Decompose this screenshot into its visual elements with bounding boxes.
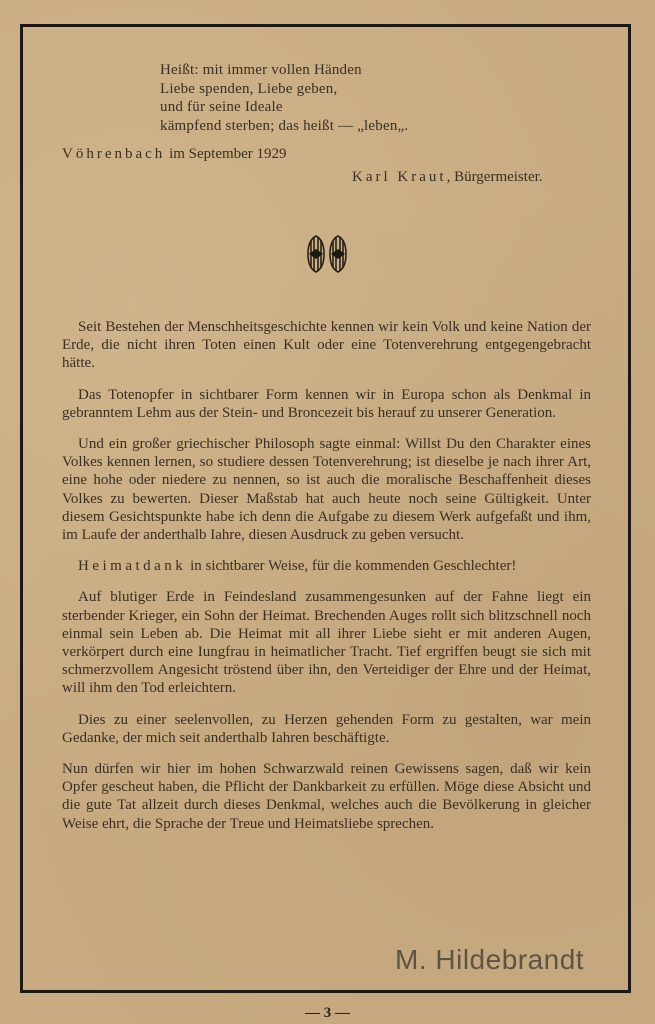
poem-line: kämpfend sterben; das heißt — „leben„. — [160, 117, 408, 136]
dateline-place: Vöhrenbach — [62, 146, 165, 162]
paragraph: Seit Bestehen der Menschheitsgeschichte … — [62, 318, 591, 373]
closing-paragraph: Nun dürfen wir hier im hohen Schwarzwald… — [62, 760, 591, 833]
paragraph: Dies zu einer seelenvollen, zu Herzen ge… — [62, 711, 591, 747]
signature-title: , Bürgermeister. — [447, 169, 543, 185]
body-text: Seit Bestehen der Menschheitsgeschichte … — [62, 318, 591, 846]
heimatdank-rest: in sichtbarer Weise, für die kommenden G… — [186, 558, 516, 574]
poem-line: Liebe spenden, Liebe geben, — [160, 80, 408, 99]
double-shield-ornament-icon — [305, 234, 351, 274]
page-number: — 3 — — [0, 1005, 655, 1022]
watermark: M. Hildebrandt — [395, 944, 584, 976]
poem-line: Heißt: mit immer vollen Händen — [160, 61, 408, 80]
signature-name: Karl Kraut — [352, 169, 447, 185]
poem-line: und für seine Ideale — [160, 98, 408, 117]
paragraph: Das Totenopfer in sichtbarer Form kennen… — [62, 386, 591, 422]
dateline: Vöhrenbach im September 1929 — [62, 146, 287, 163]
poem: Heißt: mit immer vollen Händen Liebe spe… — [160, 61, 408, 135]
heimatdank-word: Heimatdank — [78, 558, 186, 574]
paragraph: Und ein großer griechischer Philosoph sa… — [62, 435, 591, 544]
heimatdank-paragraph: Heimatdank in sichtbarer Weise, für die … — [62, 557, 591, 575]
paragraph: Auf blutiger Erde in Feindesland zusamme… — [62, 588, 591, 697]
dateline-date: im September 1929 — [165, 146, 286, 162]
signature: Karl Kraut, Bürgermeister. — [352, 169, 543, 186]
